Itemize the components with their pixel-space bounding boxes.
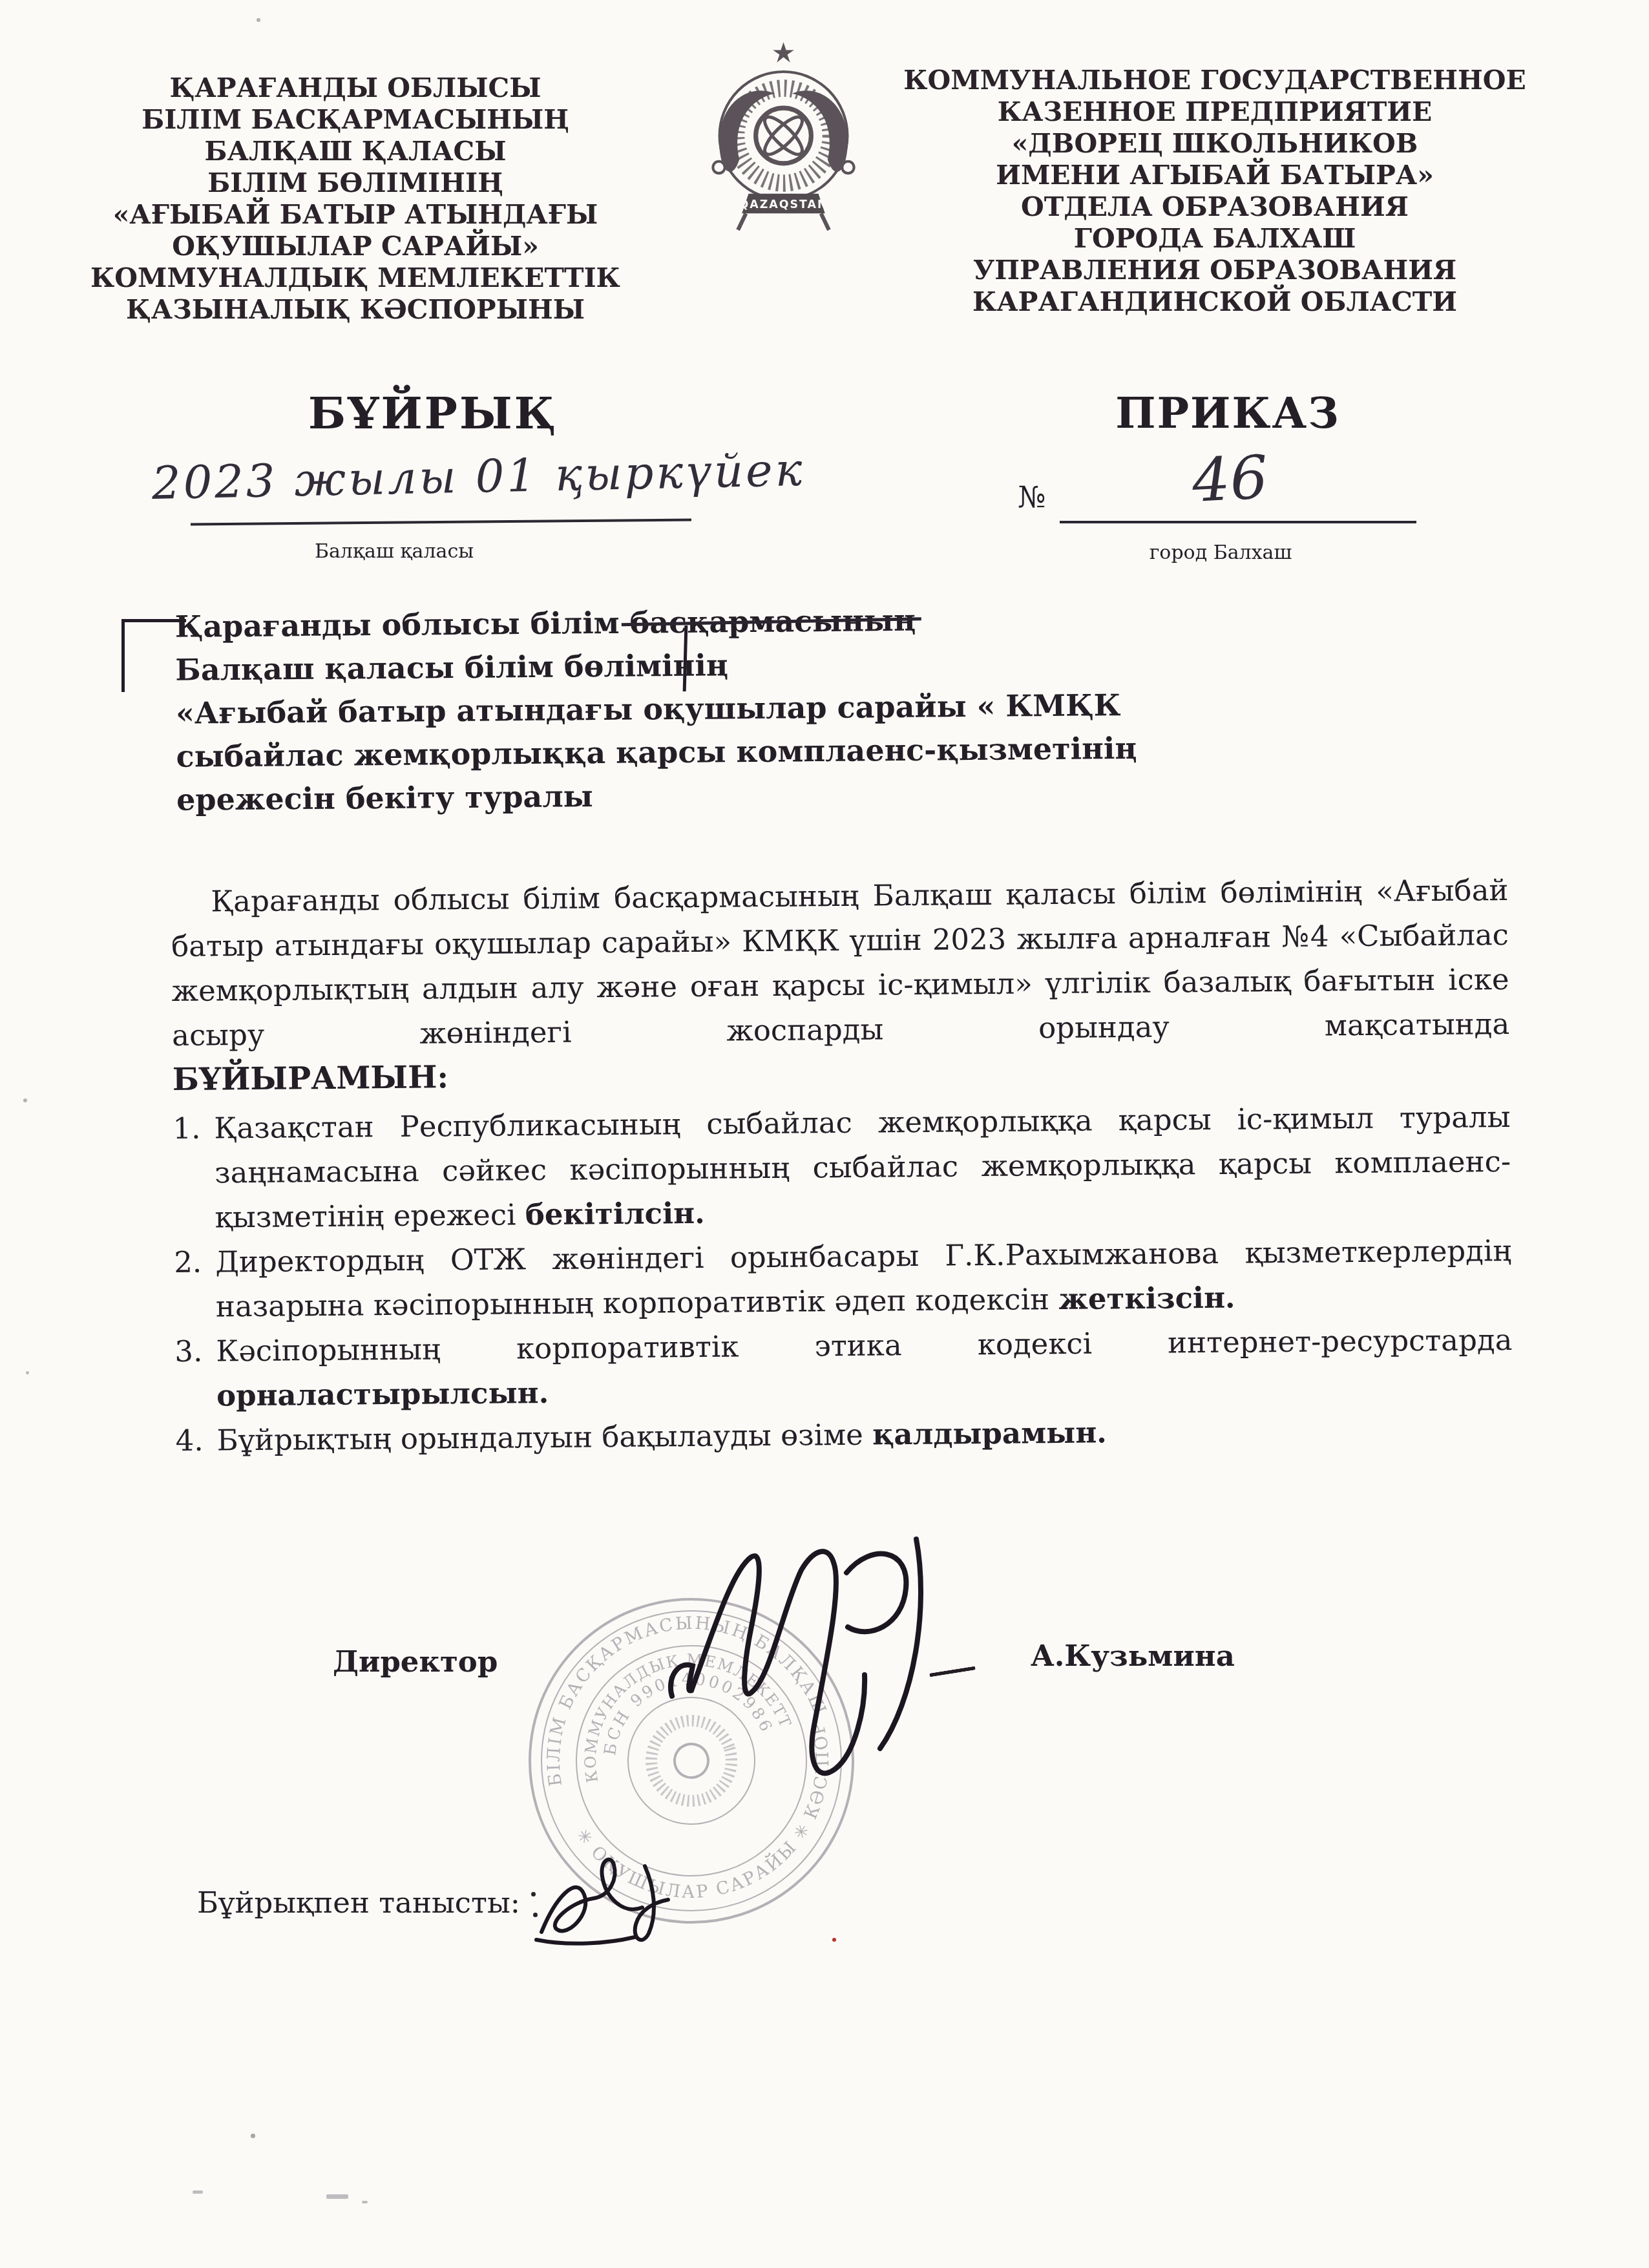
order-items: 1.Қазақстан Республикасының сыбайлас жем… xyxy=(173,1095,1513,1463)
order-item-1: 1.Қазақстан Республикасының сыбайлас жем… xyxy=(173,1095,1511,1240)
scan-speck xyxy=(23,1098,27,1102)
letterhead-ru-line: КАЗЕННОЕ ПРЕДПРИЯТИЕ xyxy=(898,96,1531,128)
acknowledgement-signature xyxy=(530,1835,711,1964)
order-item-2: 2.Директордың ОТЖ жөніндегі орынбасары Г… xyxy=(174,1228,1512,1329)
signer-name: А.Кузьмина xyxy=(1031,1639,1235,1673)
subject-line: ережесін бекіту туралы xyxy=(176,770,1185,822)
pen-dash-mark xyxy=(929,1666,976,1677)
letterhead-ru-line: УПРАВЛЕНИЯ ОБРАЗОВАНИЯ xyxy=(898,255,1531,286)
letterhead-ru-line: ГОРОДА БАЛХАШ xyxy=(898,223,1531,255)
letterhead-ru-line: КОММУНАЛЬНОЕ ГОСУДАРСТВЕННОЕ xyxy=(898,65,1531,96)
place-russian: город Балхаш xyxy=(1133,541,1308,564)
letterhead-ru-line: ИМЕНИ АГЫБАЙ БАТЫРА» xyxy=(898,160,1531,191)
star-icon xyxy=(773,42,794,63)
struck-word: басқармасының xyxy=(629,603,916,640)
acknowledgement-label: Бұйрықпен танысты: xyxy=(197,1885,520,1920)
item-bold-word: орналастырылсын. xyxy=(216,1376,549,1412)
item-text: Қазақстан Республикасының сыбайлас жемқо… xyxy=(214,1100,1511,1234)
handwritten-date: 2023 жылы 01 қыркүйек xyxy=(151,443,830,510)
number-label: № xyxy=(1018,479,1046,514)
order-title-kazakh: БҰЙРЫҚ xyxy=(284,388,582,439)
item-bold-word: жеткізсін. xyxy=(1058,1281,1235,1316)
item-text: Кәсіпорынның корпоративтік этика кодексі… xyxy=(216,1323,1512,1369)
letterhead-kk-line: «АҒЫБАЙ БАТЫР АТЫНДАҒЫ xyxy=(90,199,620,231)
letterhead-kk-line: ҚАЗЫНАЛЫҚ КӘСПОРЫНЫ xyxy=(90,294,620,326)
scan-smudge xyxy=(193,2190,203,2194)
scan-speck xyxy=(533,1913,538,1917)
letterhead-kk-line: БАЛҚАШ ҚАЛАСЫ xyxy=(90,136,620,167)
number-underline xyxy=(1060,521,1416,523)
scan-speck xyxy=(251,2134,255,2138)
item-number: 4. xyxy=(175,1418,204,1463)
signer-role: Директор xyxy=(333,1644,498,1679)
item-text: Бұйрықтың орындалуын бақылауды өзіме xyxy=(216,1418,872,1458)
order-item-3: 3.Кәсіпорынның корпоративтік этика кодек… xyxy=(174,1318,1513,1418)
subject-line: сыбайлас жемқорлыққа қарсы комплаенс-қыз… xyxy=(176,726,1184,779)
date-underline xyxy=(191,519,691,526)
letterhead-kazakh: ҚАРАҒАНДЫ ОБЛЫСЫ БІЛІМ БАСҚАРМАСЫНЫҢ БАЛ… xyxy=(90,72,620,326)
letterhead-kk-line: ҚАРАҒАНДЫ ОБЛЫСЫ xyxy=(90,72,620,104)
scan-speck xyxy=(531,1892,536,1896)
letterhead-kk-line: КОММУНАЛДЫҚ МЕМЛЕКЕТТІК xyxy=(90,262,620,294)
scanned-order-document: ҚАРАҒАНДЫ ОБЛЫСЫ БІЛІМ БАСҚАРМАСЫНЫҢ БАЛ… xyxy=(0,0,1649,2268)
kazakhstan-emblem-icon: QAZAQSTAN xyxy=(701,36,866,236)
item-text: Директордың ОТЖ жөніндегі орынбасары Г.К… xyxy=(215,1234,1511,1324)
handwritten-order-number: 46 xyxy=(1190,443,1270,516)
order-title-russian: ПРИКАЗ xyxy=(1098,388,1357,438)
item-number: 1. xyxy=(173,1106,201,1151)
place-kazakh: Балқаш қаласы xyxy=(271,540,517,563)
scan-speck-red xyxy=(832,1938,836,1942)
scan-speck xyxy=(257,18,260,22)
emblem-banner-text: QAZAQSTAN xyxy=(739,198,828,211)
item-number: 2. xyxy=(174,1240,202,1285)
item-bold-word: қалдырамын. xyxy=(872,1415,1107,1451)
letterhead-kk-line: БІЛІМ БАСҚАРМАСЫНЫҢ xyxy=(90,104,620,136)
order-subject: Қарағанды облысы білім басқармасының Бал… xyxy=(175,596,1185,822)
body-paragraph: Қарағанды облысы білім басқармасының Бал… xyxy=(171,868,1509,1058)
letterhead-russian: КОММУНАЛЬНОЕ ГОСУДАРСТВЕННОЕ КАЗЕННОЕ ПР… xyxy=(898,65,1531,318)
scan-smudge xyxy=(326,2194,348,2199)
scan-speck xyxy=(26,1371,29,1374)
director-signature xyxy=(653,1531,930,1816)
letterhead-ru-line: «ДВОРЕЦ ШКОЛЬНИКОВ xyxy=(898,128,1531,160)
subject-text: Қарағанды облысы білім xyxy=(175,605,630,644)
item-bold-word: бекітілсін. xyxy=(525,1196,705,1232)
letterhead-ru-line: ОТДЕЛА ОБРАЗОВАНИЯ xyxy=(898,191,1531,223)
order-body: Қарағанды облысы білім басқармасының Бал… xyxy=(171,868,1513,1463)
letterhead-kk-line: ОҚУШЫЛАР САРАЙЫ» xyxy=(90,231,620,262)
item-number: 3. xyxy=(174,1329,203,1374)
scan-smudge xyxy=(362,2201,368,2203)
letterhead-kk-line: БІЛІМ БӨЛІМІНІҢ xyxy=(90,167,620,199)
letterhead-ru-line: КАРАГАНДИНСКОЙ ОБЛАСТИ xyxy=(898,286,1531,318)
